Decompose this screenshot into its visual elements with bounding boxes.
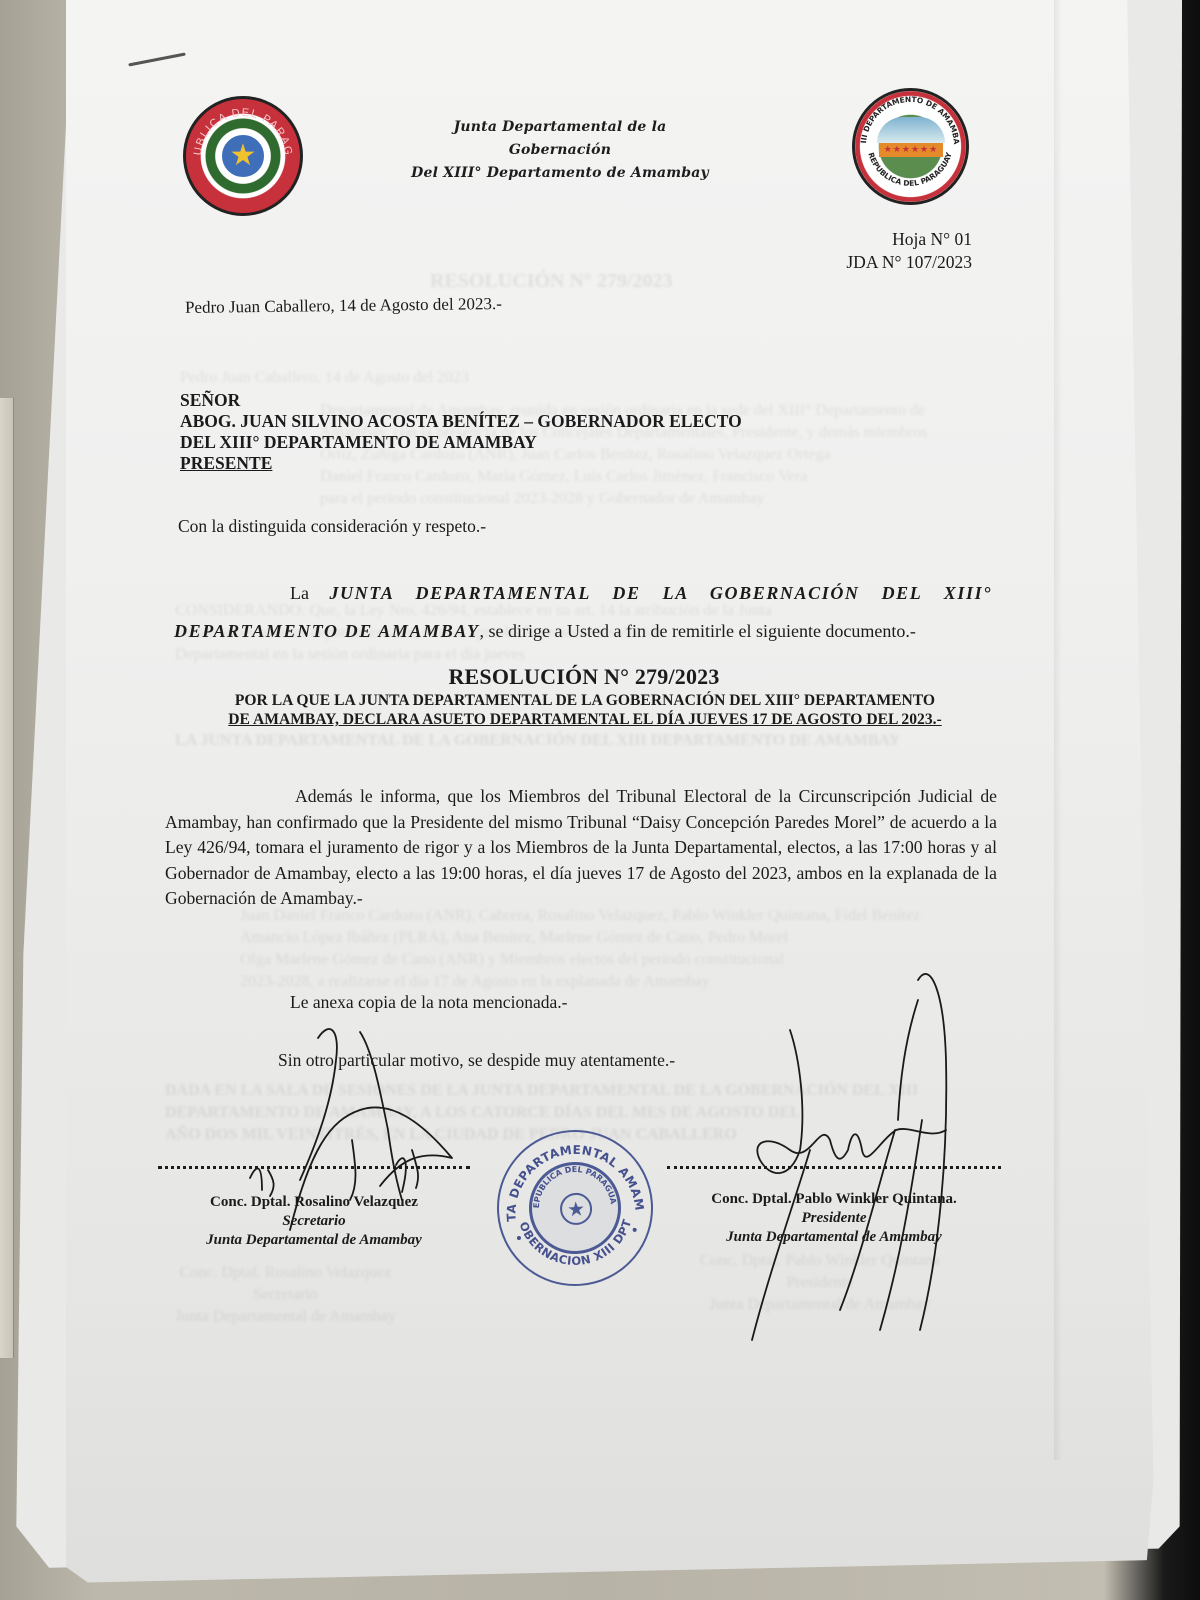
bleed-through-text: Pedro Juan Caballero, 14 de Agosto del 2… [180, 365, 469, 391]
place-date: Pedro Juan Caballero, 14 de Agosto del 2… [185, 294, 502, 318]
star-icon: ★ [559, 1192, 593, 1226]
bleed-through-text: Conc. Dptal. Pablo Winkler QuintanaPresi… [700, 1250, 940, 1316]
institution-line-2: Del XIII° Departamento de Amambay [410, 162, 710, 185]
addressee-name: ABOG. JUAN SILVINO ACOSTA BENÍTEZ – GOBE… [180, 411, 742, 432]
signatory-organization: Junta Departamental de Amambay [676, 1228, 992, 1247]
sheet-number: Hoja N° 01 [846, 228, 972, 251]
annex-note: Le anexa copia de la nota mencionada.- [290, 992, 567, 1013]
addressee-salutation: SEÑOR [180, 390, 742, 411]
reference-block: Hoja N° 01 JDA N° 107/2023 [846, 228, 972, 274]
signatory-organization: Junta Departamental de Amambay [156, 1231, 472, 1250]
addressee-block: SEÑOR ABOG. JUAN SILVINO ACOSTA BENÍTEZ … [180, 390, 742, 474]
signatory-name: Conc. Dptal. Pablo Winkler Quintana. [676, 1190, 992, 1209]
bleed-through-text: LA JUNTA DEPARTAMENTAL DE LA GOBERNACIÓN… [175, 728, 900, 754]
bleed-through-text: Conc. Dptal. Rosalino VelazquezSecretari… [175, 1262, 396, 1328]
institution-header: Junta Departamental de la Gobernación De… [410, 116, 710, 185]
document-number: JDA N° 107/2023 [846, 251, 972, 274]
signature-line-secretary [158, 1166, 470, 1170]
bleed-through-text: Juan Daniel Franco Cardozo (ANR), Cabrer… [240, 905, 920, 993]
signature-block-president: Conc. Dptal. Pablo Winkler Quintana. Pre… [676, 1190, 992, 1247]
signatory-name: Conc. Dptal. Rosalino Velazquez [156, 1193, 472, 1212]
signature-block-secretary: Conc. Dptal. Rosalino Velazquez Secretar… [156, 1193, 472, 1250]
body-paragraph: Además le informa, que los Miembros del … [165, 784, 997, 912]
resolution-title: RESOLUCIÓN N° 279/2023 [170, 664, 998, 690]
star-icon: ★ [220, 133, 266, 179]
underlying-card [0, 398, 14, 1358]
bleed-through-text: RESOLUCIÓN N° 279/2023 [430, 268, 672, 294]
institution-line-1: Junta Departamental de la Gobernación [410, 116, 710, 162]
official-stamp: JUNTA DEPARTAMENTAL AMAMBAY GOBERNACION … [492, 1125, 659, 1292]
closing-line: Sin otro particular motivo, se despide m… [278, 1050, 675, 1071]
svg-text:REPUBLICA DEL PARAGUAY: REPUBLICA DEL PARAGUAY [866, 151, 953, 188]
signatory-role: Secretario [156, 1212, 472, 1231]
addressee-presente: PRESENTE [180, 453, 742, 474]
intro-paragraph: La JUNTA DEPARTAMENTAL DE LA GOBERNACIÓN… [174, 574, 992, 650]
greeting: Con la distinguida consideración y respe… [178, 516, 486, 537]
amambay-department-seal: ★★★★★★ XIII DEPARTAMENTO DE AMAMBAY REPU… [852, 88, 969, 205]
signatory-role: Presidente [676, 1209, 992, 1228]
addressee-department: DEL XIII° DEPARTAMENTO DE AMAMBAY [180, 432, 742, 453]
paraguay-coat-of-arms-seal: REPUBLICA DEL PARAGUAY ★ [183, 96, 303, 216]
resolution-subtitle: POR LA QUE LA JUNTA DEPARTAMENTAL DE LA … [170, 691, 1000, 729]
svg-text:XIII DEPARTAMENTO DE AMAMBAY: XIII DEPARTAMENTO DE AMAMBAY [852, 88, 961, 145]
signature-line-president [667, 1166, 1001, 1170]
